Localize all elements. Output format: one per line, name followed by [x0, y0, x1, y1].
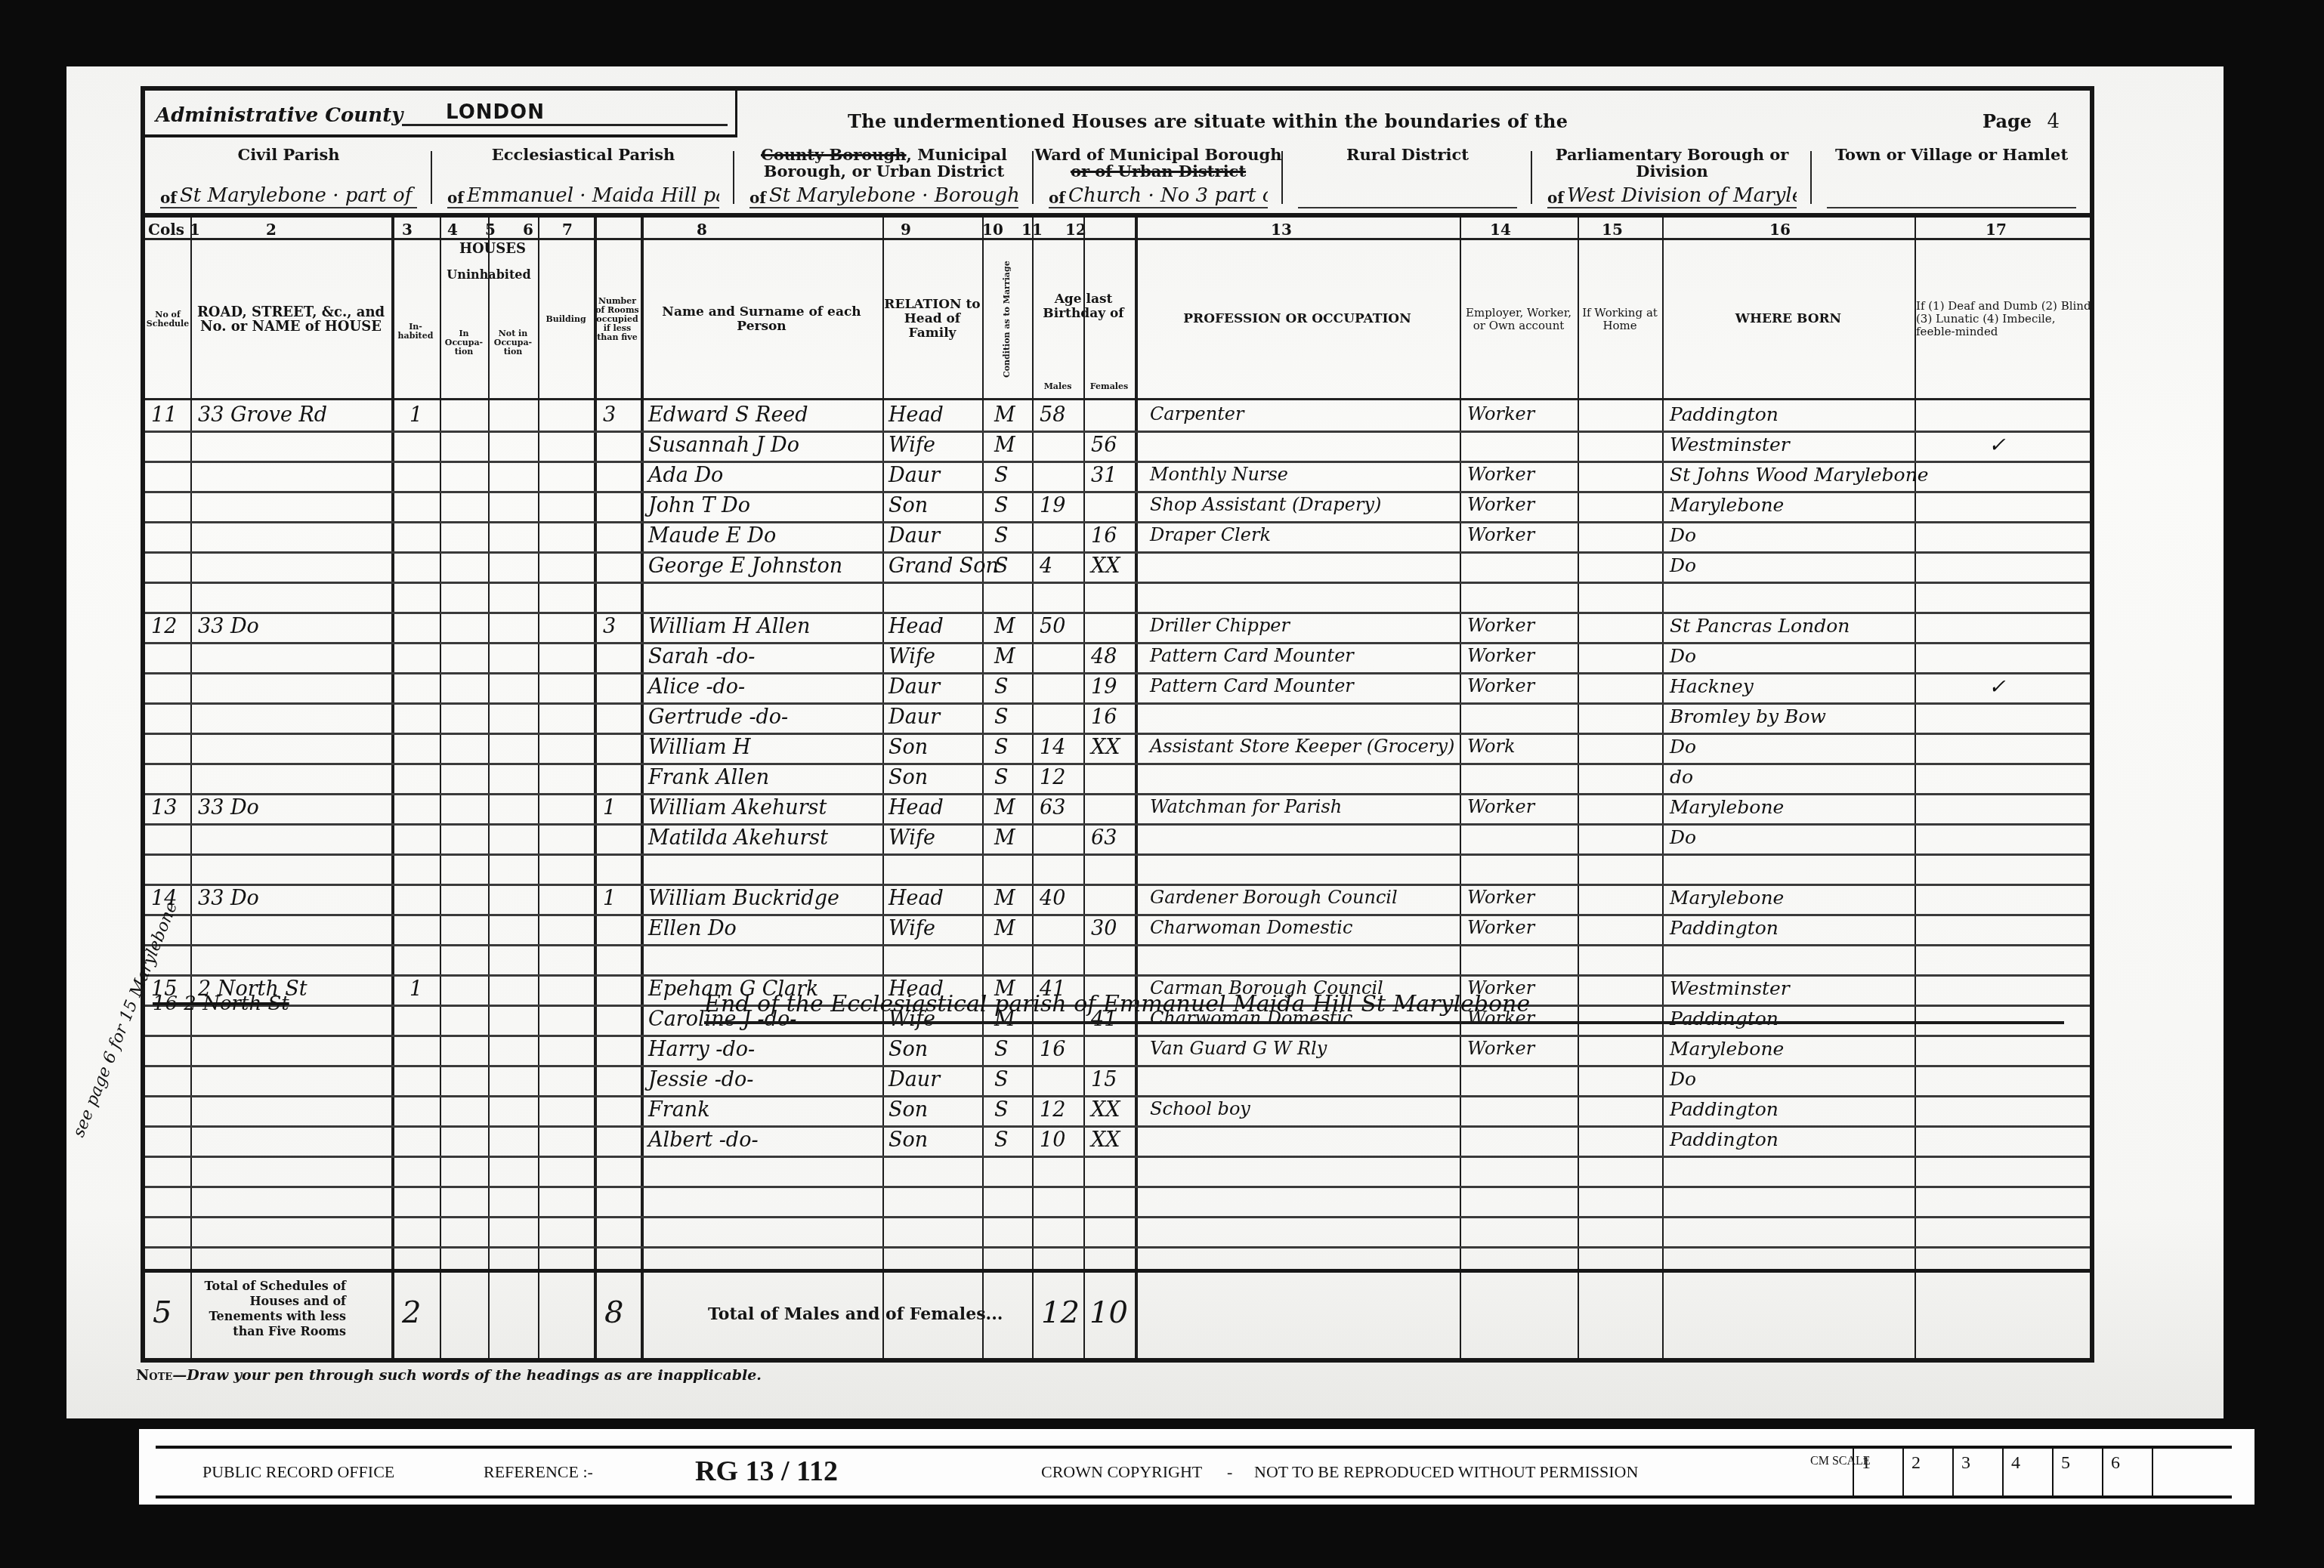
total-inhabited: 2	[402, 1295, 421, 1330]
row-employment: Worker	[1467, 1038, 1534, 1068]
header-inhabited: In-habited	[391, 263, 440, 400]
footer-copyright: CROWN COPYRIGHT	[1041, 1462, 1202, 1482]
col-number: 14	[1490, 221, 1511, 239]
header-name: Name and Surname of each Person	[641, 240, 882, 398]
header-building: Building	[538, 240, 594, 398]
row-condition: M	[994, 887, 1015, 917]
header-at-home: If Working at Home	[1578, 240, 1662, 398]
col-number: 16	[1769, 221, 1791, 239]
row-where-born: Paddington	[1670, 917, 1779, 947]
row-occupation: Van Guard G W Rly	[1150, 1038, 1327, 1068]
footer-rule	[156, 1495, 2232, 1499]
row-condition: S	[994, 736, 1009, 766]
row-female-age: 63	[1091, 826, 1117, 857]
footer-office: PUBLIC RECORD OFFICE	[202, 1462, 394, 1482]
row-where-born: Hackney	[1670, 675, 1754, 705]
row-occupation: Monthly Nurse	[1150, 464, 1288, 494]
row-relation: Wife	[888, 434, 935, 464]
area-rural-district: Rural District of	[1283, 147, 1532, 213]
row-condition: S	[994, 464, 1009, 494]
col-number: 15	[1602, 221, 1623, 239]
row-rooms: 1	[603, 796, 616, 826]
row-relation: Head	[888, 887, 944, 917]
row-occupation: Carpenter	[1150, 403, 1244, 434]
area-ecclesiastical-parish: Ecclesiastical Parish ofEmmanuel · Maida…	[432, 147, 734, 213]
row-male-age: 40	[1040, 887, 1065, 917]
page-number: 4	[2047, 110, 2060, 133]
row-relation: Wife	[888, 645, 935, 675]
row-name: William H Allen	[648, 615, 810, 645]
area-heading: Parliamentary Borough or Division	[1532, 147, 1812, 180]
row-occupation: Draper Clerk	[1150, 524, 1271, 554]
row-condition: S	[994, 1098, 1009, 1128]
col-number: 13	[1271, 221, 1292, 239]
row-where-born: Do	[1670, 554, 1696, 585]
admin-county-underline	[402, 124, 728, 126]
row-rule	[145, 702, 2090, 705]
row-where-born: Do	[1670, 736, 1696, 766]
row-where-born: Paddington	[1670, 1098, 1779, 1128]
row-condition: M	[994, 645, 1015, 675]
row-rule	[145, 1186, 2090, 1188]
row-relation: Head	[888, 403, 944, 434]
header-in-occupation: In Occupa-tion	[440, 286, 488, 400]
row-occupation: Driller Chipper	[1150, 615, 1290, 645]
totals-row: 5 Total of Schedules of Houses and of Te…	[145, 1269, 2090, 1363]
row-rule	[145, 793, 2090, 795]
row-name: Ellen Do	[648, 917, 737, 947]
row-relation: Wife	[888, 826, 935, 857]
total-schedules: 5	[153, 1295, 172, 1330]
cm-scale: 1 2 3 4 5 6	[1853, 1447, 2227, 1495]
row-condition: S	[994, 1038, 1009, 1068]
scale-mark: 3	[1952, 1447, 2002, 1495]
area-heading: Ecclesiastical Parish	[432, 147, 734, 163]
row-female-age: XX	[1091, 554, 1120, 585]
row-name: George E Johnston	[648, 554, 842, 585]
row-rule	[145, 1035, 2090, 1037]
boundary-title: The undermentioned Houses are situate wi…	[848, 110, 1568, 132]
header-schedule: No of Schedule	[145, 240, 190, 398]
row-employment: Worker	[1467, 796, 1534, 826]
row-name: Harry -do-	[648, 1038, 755, 1068]
census-form: Administrative County LONDON The underme…	[141, 86, 2094, 1363]
row-schedule: 12	[151, 615, 177, 645]
row-name: Albert -do-	[648, 1128, 759, 1159]
header-relation: RELATION to Head of Family	[882, 240, 982, 398]
row-condition: S	[994, 494, 1009, 524]
admin-county-box: Administrative County LONDON	[145, 91, 737, 137]
totals-label: Total of Schedules of Houses and of Tene…	[198, 1279, 346, 1339]
row-schedule: 11	[151, 403, 177, 434]
row-where-born: Marylebone	[1670, 796, 1784, 826]
row-condition: M	[994, 615, 1015, 645]
area-value: ofSt Marylebone · Borough part of	[749, 184, 1018, 208]
row-where-born: Do	[1670, 826, 1696, 857]
row-male-age: 12	[1040, 1098, 1065, 1128]
header-females: Females	[1083, 373, 1135, 400]
row-relation: Son	[888, 494, 928, 524]
col-number: 17	[1986, 221, 2007, 239]
header-not-in-occupation: Not in Occupa-tion	[488, 286, 538, 400]
row-relation: Son	[888, 1038, 928, 1068]
row-name: William H	[648, 736, 751, 766]
row-rule	[145, 853, 2090, 856]
scale-mark	[2152, 1447, 2227, 1495]
row-inhabited: 1	[409, 403, 422, 434]
header-occupation: PROFESSION OR OCCUPATION	[1135, 240, 1460, 398]
row-male-age: 4	[1040, 554, 1052, 585]
row-address: 33 Grove Rd	[198, 403, 327, 434]
row-employment: Worker	[1467, 645, 1534, 675]
struck-entry: 16 2 North St	[153, 992, 289, 1015]
col-number: 8	[697, 221, 707, 239]
admin-county-value: LONDON	[446, 101, 545, 124]
row-employment: Worker	[1467, 917, 1534, 947]
row-condition: M	[994, 826, 1015, 857]
area-municipal-borough: County Borough, Municipal Borough, or Ur…	[734, 147, 1034, 213]
row-name: Susannah J Do	[648, 434, 799, 464]
area-heading: Town or Village or Hamlet	[1812, 147, 2091, 163]
area-value: of	[1827, 207, 2076, 208]
row-female-age: 15	[1091, 1068, 1117, 1098]
row-rooms: 3	[603, 403, 616, 434]
row-rule	[145, 823, 2090, 826]
page-label: Page	[1983, 110, 2032, 132]
row-female-age: 16	[1091, 524, 1117, 554]
row-employment: Worker	[1467, 464, 1534, 494]
end-of-parish-note: End of the Ecclesiastical parish of Emma…	[704, 991, 2064, 1024]
row-rule	[145, 944, 2090, 946]
row-inhabited: 1	[409, 977, 422, 1008]
row-name: William Akehurst	[648, 796, 827, 826]
row-female-age: 19	[1091, 675, 1117, 705]
row-rule	[145, 1216, 2090, 1218]
footer-notice: NOT TO BE REPRODUCED WITHOUT PERMISSION	[1254, 1462, 1638, 1482]
row-where-born: Do	[1670, 524, 1696, 554]
row-rule	[145, 974, 2090, 977]
row-where-born: Westminster	[1670, 434, 1790, 464]
header-where-born: WHERE BORN	[1662, 240, 1915, 398]
row-where-born: St Johns Wood Marylebone	[1670, 464, 1929, 494]
row-schedule: 13	[151, 796, 177, 826]
row-male-age: 63	[1040, 796, 1065, 826]
row-relation: Son	[888, 766, 928, 796]
row-female-age: XX	[1091, 1128, 1120, 1159]
row-name: Gertrude -do-	[648, 705, 788, 736]
row-male-age: 16	[1040, 1038, 1065, 1068]
header-condition: Condition as to Marriage	[982, 240, 1032, 398]
row-male-age: 50	[1040, 615, 1065, 645]
area-heading: County Borough, Municipal Borough, or Ur…	[734, 147, 1034, 180]
row-occupation: Pattern Card Mounter	[1150, 675, 1354, 705]
row-rule	[145, 612, 2090, 614]
area-value: of	[1298, 207, 1517, 208]
col-number: Cols 1	[148, 221, 200, 239]
archive-footer: PUBLIC RECORD OFFICE REFERENCE :- RG 13 …	[139, 1429, 2254, 1505]
form-note: Note—Draw your pen through such words of…	[136, 1367, 762, 1384]
admin-county-label: Administrative County	[156, 104, 403, 127]
scale-mark: 1	[1853, 1447, 1902, 1495]
row-where-born: Marylebone	[1670, 887, 1784, 917]
row-rule	[145, 461, 2090, 463]
row-relation: Daur	[888, 675, 940, 705]
row-condition: S	[994, 766, 1009, 796]
col-number: 7	[562, 221, 573, 239]
row-condition: S	[994, 524, 1009, 554]
col-number: 3	[402, 221, 413, 239]
row-male-age: 19	[1040, 494, 1065, 524]
row-female-age: XX	[1091, 736, 1120, 766]
row-rule	[145, 1246, 2090, 1249]
row-relation: Grand Son	[888, 554, 999, 585]
area-ward: Ward of Municipal Borough or of Urban Di…	[1034, 147, 1283, 213]
row-address: 33 Do	[198, 796, 259, 826]
row-female-age: 16	[1091, 705, 1117, 736]
row-name: Alice -do-	[648, 675, 745, 705]
row-female-age: 31	[1091, 464, 1117, 494]
row-name: Sarah -do-	[648, 645, 755, 675]
row-female-age: 48	[1091, 645, 1117, 675]
row-relation: Head	[888, 796, 944, 826]
row-female-age: 56	[1091, 434, 1117, 464]
row-rooms: 3	[603, 615, 616, 645]
row-where-born: Marylebone	[1670, 1038, 1784, 1068]
column-headers: No of Schedule ROAD, STREET, &c., and No…	[145, 240, 2090, 400]
row-condition: M	[994, 917, 1015, 947]
row-relation: Wife	[888, 917, 935, 947]
row-name: William Buckridge	[648, 887, 839, 917]
row-where-born: Paddington	[1670, 1128, 1779, 1159]
row-name: Frank	[648, 1098, 710, 1128]
header-address: ROAD, STREET, &c., and No. or NAME of HO…	[190, 240, 391, 398]
scale-mark: 5	[2052, 1447, 2102, 1495]
row-name: Matilda Akehurst	[648, 826, 828, 857]
area-value: ofChurch · No 3 part of	[1049, 184, 1268, 208]
row-employment: Worker	[1467, 615, 1534, 645]
row-rule	[145, 1065, 2090, 1067]
col-number: 2	[266, 221, 277, 239]
totals-mf-label: Total of Males and of Females...	[708, 1304, 1003, 1324]
row-employment: Worker	[1467, 494, 1534, 524]
footer-dash: -	[1227, 1462, 1232, 1482]
area-parliamentary-borough: Parliamentary Borough or Division ofWest…	[1532, 147, 1812, 213]
header-employment: Employer, Worker, or Own account	[1460, 240, 1578, 398]
form-header: Administrative County LONDON The underme…	[145, 91, 2090, 218]
row-condition: S	[994, 675, 1009, 705]
row-rule	[145, 551, 2090, 554]
area-value: ofSt Marylebone · part of	[160, 184, 417, 208]
row-where-born: Bromley by Bow	[1670, 705, 1826, 736]
row-male-age: 58	[1040, 403, 1065, 434]
row-name: Jessie -do-	[648, 1068, 754, 1098]
row-occupation: Watchman for Parish	[1150, 796, 1342, 826]
row-occupation: Shop Assistant (Drapery)	[1150, 494, 1381, 524]
row-rule	[145, 884, 2090, 886]
row-occupation: Gardener Borough Council	[1150, 887, 1398, 917]
row-where-born: Do	[1670, 645, 1696, 675]
row-rooms: 1	[603, 887, 616, 917]
row-occupation: Assistant Store Keeper (Grocery)	[1150, 736, 1454, 766]
row-name: Ada Do	[648, 464, 723, 494]
row-where-born: Paddington	[1670, 403, 1779, 434]
row-where-born: do	[1670, 766, 1693, 796]
row-condition: S	[994, 554, 1009, 585]
row-relation: Head	[888, 615, 944, 645]
row-name: John T Do	[648, 494, 750, 524]
row-condition: S	[994, 1128, 1009, 1159]
total-females: 10	[1089, 1295, 1128, 1330]
row-rule	[145, 521, 2090, 523]
total-rooms: 8	[604, 1295, 623, 1330]
row-occupation: School boy	[1150, 1098, 1250, 1128]
row-occupation: Pattern Card Mounter	[1150, 645, 1354, 675]
scale-mark: 4	[2002, 1447, 2052, 1495]
row-name: Edward S Reed	[648, 403, 808, 434]
row-employment: Worker	[1467, 524, 1534, 554]
row-where-born: Marylebone	[1670, 494, 1784, 524]
row-female-age: XX	[1091, 1098, 1120, 1128]
row-relation: Daur	[888, 1068, 940, 1098]
row-rule	[145, 672, 2090, 674]
row-condition: S	[994, 705, 1009, 736]
row-relation: Daur	[888, 705, 940, 736]
row-employment: Worker	[1467, 675, 1534, 705]
note-text: —Draw your pen through such words of the…	[172, 1367, 762, 1384]
row-name: Maude E Do	[648, 524, 776, 554]
column-numbers: Cols 1 2 3 4 5 6 7 8 9 10 11 12 13 14 15…	[145, 218, 2090, 240]
row-condition: M	[994, 434, 1015, 464]
row-employment: Worker	[1467, 887, 1534, 917]
col-number: 9	[901, 221, 911, 239]
row-condition: S	[994, 1068, 1009, 1098]
row-relation: Son	[888, 1098, 928, 1128]
row-employment: Worker	[1467, 403, 1534, 434]
note-lead: Note	[136, 1367, 172, 1384]
col-number: 10	[982, 221, 1003, 239]
row-relation: Son	[888, 736, 928, 766]
area-heading: Rural District	[1283, 147, 1532, 163]
scale-mark: 2	[1902, 1447, 1952, 1495]
row-infirmity: ✓	[1989, 434, 2006, 464]
row-rule	[145, 1095, 2090, 1097]
row-male-age: 12	[1040, 766, 1065, 796]
area-value: ofWest Division of Marylebone	[1547, 184, 1797, 208]
col-number: 6	[523, 221, 533, 239]
row-relation: Daur	[888, 464, 940, 494]
row-relation: Daur	[888, 524, 940, 554]
area-heading: Ward of Municipal Borough or of Urban Di…	[1034, 147, 1283, 180]
row-rule	[145, 914, 2090, 916]
row-condition: M	[994, 403, 1015, 434]
row-condition: M	[994, 796, 1015, 826]
total-males: 12	[1041, 1295, 1080, 1330]
row-where-born: St Pancras London	[1670, 615, 1850, 645]
footer-reference-label: REFERENCE :-	[484, 1462, 593, 1482]
row-rule	[145, 431, 2090, 433]
col-number: 5	[485, 221, 496, 239]
row-female-age: 30	[1091, 917, 1117, 947]
page-indicator: Page 4	[1983, 110, 2060, 133]
row-relation: Son	[888, 1128, 928, 1159]
header-males: Males	[1032, 373, 1083, 400]
area-town-village: Town or Village or Hamlet of	[1812, 147, 2091, 213]
row-occupation: Charwoman Domestic	[1150, 917, 1352, 947]
row-address: 33 Do	[198, 887, 259, 917]
header-rooms: Number of Rooms occupied if less than fi…	[594, 240, 641, 398]
row-male-age: 10	[1040, 1128, 1065, 1159]
area-value: ofEmmanuel · Maida Hill part of	[447, 184, 719, 208]
row-infirmity: ✓	[1989, 675, 2006, 705]
col-number: 4	[447, 221, 458, 239]
area-heading: Civil Parish	[145, 147, 432, 163]
scale-mark: 6	[2102, 1447, 2152, 1495]
header-infirmity: If (1) Deaf and Dumb (2) Blind (3) Lunat…	[1915, 240, 2094, 398]
row-male-age: 14	[1040, 736, 1065, 766]
area-civil-parish: Civil Parish ofSt Marylebone · part of	[145, 147, 432, 213]
row-address: 33 Do	[198, 615, 259, 645]
row-employment: Work	[1467, 736, 1516, 766]
row-where-born: Do	[1670, 1068, 1696, 1098]
row-name: Frank Allen	[648, 766, 769, 796]
footer-reference: RG 13 / 112	[695, 1455, 838, 1488]
